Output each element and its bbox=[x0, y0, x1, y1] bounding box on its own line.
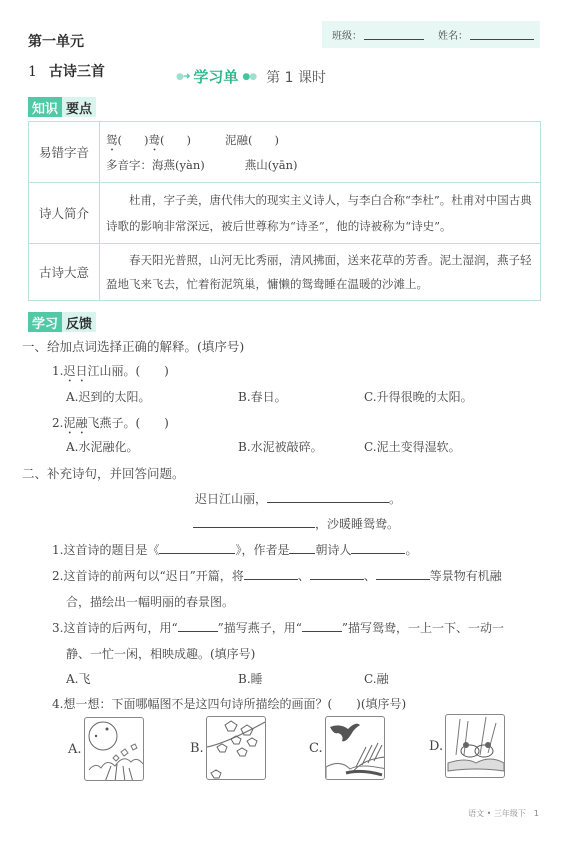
paren: ) bbox=[275, 133, 280, 147]
poem-blank-1[interactable] bbox=[267, 491, 389, 503]
sun-flowers-picture-icon bbox=[84, 717, 144, 781]
question-1-options: A.迟到的太阳。 B.春日。 C.升得很晚的太阳。 bbox=[66, 388, 473, 405]
scene-blank-2[interactable] bbox=[310, 568, 364, 580]
name-field[interactable] bbox=[470, 30, 534, 40]
lesson-number: 1 bbox=[28, 64, 37, 80]
sep: 、 bbox=[298, 569, 310, 583]
part2-title: 二、补充诗句，并回答问题。 bbox=[22, 464, 185, 482]
q-num: 1. bbox=[52, 364, 63, 378]
q2-3: 3.这首诗的后两句，用“”描写燕子，用“”描写鸳鸯，一上一下、一动一 bbox=[52, 619, 504, 636]
decorative-dots-right-icon: ●● bbox=[242, 72, 256, 82]
blossom-branch-picture-icon bbox=[206, 716, 266, 780]
text: 。 bbox=[405, 543, 417, 557]
swallow-picture-icon bbox=[325, 716, 385, 780]
punct: 。 bbox=[389, 492, 401, 506]
picture-option-d[interactable]: D. bbox=[429, 714, 505, 778]
option-c[interactable]: C.融 bbox=[364, 670, 389, 687]
table-row: 易错字音 鸳()鸯()泥融() 多音字：海燕(yàn)燕山(yān) bbox=[29, 122, 541, 183]
lesson-title: 1古诗三首 bbox=[28, 61, 105, 81]
knowledge-heading-b: 要点 bbox=[62, 97, 96, 117]
picture-option-c[interactable]: C. bbox=[309, 716, 385, 780]
row-label: 诗人简介 bbox=[29, 183, 100, 244]
option-a[interactable]: A.水泥融化。 bbox=[66, 438, 238, 455]
feedback-heading-a: 学习 bbox=[28, 312, 62, 332]
text: 等景物有机融 bbox=[430, 569, 502, 583]
part1-title: 一、给加点词选择正确的解释。(填序号) bbox=[22, 337, 244, 355]
pronunciation-cell: 鸳()鸯()泥融() 多音字：海燕(yàn)燕山(yān) bbox=[100, 122, 541, 183]
text: 1.这首诗的题目是《 bbox=[52, 543, 159, 557]
option-b[interactable]: B.水泥被敲碎。 bbox=[238, 438, 364, 455]
table-row: 古诗大意 春天阳光普照，山河无比秀丽，清风拂面，送来花草的芳香。泥土湿润，燕子轻… bbox=[29, 244, 541, 301]
text: ”描写燕子，用“ bbox=[218, 621, 302, 635]
table-row: 诗人简介 杜甫，字子美，唐代伟大的现实主义诗人，与李白合称“李杜”。杜甫对中国古… bbox=[29, 183, 541, 244]
q2-2: 2.这首诗的前两句以“迟日”开篇，将、、等景物有机融 bbox=[52, 567, 502, 584]
row-label: 易错字音 bbox=[29, 122, 100, 183]
option-b[interactable]: B.睡 bbox=[238, 670, 364, 687]
class-field[interactable] bbox=[364, 30, 424, 40]
picture-label: D. bbox=[429, 739, 443, 754]
paren: ) bbox=[187, 133, 192, 147]
knowledge-table: 易错字音 鸳()鸯()泥融() 多音字：海燕(yàn)燕山(yān) 诗人简介 … bbox=[28, 121, 541, 301]
picture-label: C. bbox=[309, 741, 323, 756]
text: 》，作者是 bbox=[235, 543, 289, 557]
sheet-name: 学习单 bbox=[193, 66, 238, 87]
period-label: 第 1 课时 bbox=[266, 67, 326, 87]
option-b[interactable]: B.春日。 bbox=[238, 388, 364, 405]
duck-blank[interactable] bbox=[302, 620, 342, 632]
poem-line-2: ，沙暖睡鸳鸯。 bbox=[193, 515, 399, 532]
q-num: 2. bbox=[52, 416, 63, 430]
text: ”描写鸳鸯，一上一下、一动一 bbox=[342, 621, 504, 635]
dynasty-blank[interactable] bbox=[289, 542, 315, 554]
q2-2-cont: 合，描绘出一幅明丽的春景图。 bbox=[66, 593, 234, 610]
row-label: 古诗大意 bbox=[29, 244, 100, 301]
picture-option-a[interactable]: A. bbox=[68, 717, 144, 781]
knowledge-heading-a: 知识 bbox=[28, 97, 62, 117]
feedback-heading: 学习反馈 bbox=[28, 312, 96, 332]
polyphone-label: 多音字： bbox=[106, 158, 152, 172]
q-rest: 江山丽。( ) bbox=[87, 364, 168, 378]
option-c[interactable]: C.升得很晚的太阳。 bbox=[364, 388, 473, 405]
text: 2.这首诗的前两句以“迟日”开篇，将 bbox=[52, 569, 244, 583]
q2-3-options: A.飞 B.睡 C.融 bbox=[66, 670, 389, 687]
page-footer: 语文 • 三年级下 1 bbox=[468, 808, 539, 819]
class-label: 班级： bbox=[332, 27, 362, 42]
word-yuan: 鸳( bbox=[106, 133, 122, 147]
picture-option-b[interactable]: B. bbox=[190, 716, 266, 780]
word-yang: 鸯( bbox=[149, 133, 165, 147]
picture-label: A. bbox=[68, 742, 82, 757]
scene-blank-3[interactable] bbox=[376, 568, 430, 580]
scene-blank-1[interactable] bbox=[244, 568, 298, 580]
q2-3-cont: 静、一忙一闲，相映成趣。(填序号) bbox=[66, 645, 255, 662]
text: 朝诗人 bbox=[315, 543, 351, 557]
name-label: 姓名： bbox=[438, 27, 468, 42]
question-2-options: A.水泥融化。 B.水泥被敲碎。 C.泥土变得湿软。 bbox=[66, 438, 461, 455]
text: 3.这首诗的后两句，用“ bbox=[52, 621, 178, 635]
feedback-heading-b: 反馈 bbox=[62, 312, 96, 332]
poet-intro-text: 杜甫，字子美，唐代伟大的现实主义诗人，与李白合称“李杜”。杜甫对中国古典诗歌的影… bbox=[100, 183, 541, 244]
q2-1: 1.这首诗的题目是《》，作者是朝诗人。 bbox=[52, 541, 418, 558]
q-rest: 飞燕子。( ) bbox=[87, 416, 168, 430]
dotted-word: 泥融 bbox=[63, 416, 87, 430]
q2-4: 4.想一想：下面哪幅图不是这四句诗所描绘的画面？( )(填序号) bbox=[52, 695, 406, 712]
poet-blank[interactable] bbox=[351, 542, 405, 554]
word-nirong: 泥融( bbox=[225, 133, 253, 147]
decorative-dots-left-icon: ●➜ bbox=[176, 72, 189, 82]
class-name-box: 班级： 姓名： bbox=[322, 21, 540, 48]
picture-label: B. bbox=[190, 741, 204, 756]
question-1-stem: 1.迟日江山丽。( ) bbox=[52, 362, 169, 385]
polyphone-a: 海燕(yàn) bbox=[152, 158, 205, 172]
option-c[interactable]: C.泥土变得湿软。 bbox=[364, 438, 461, 455]
unit-title: 第一单元 bbox=[28, 31, 84, 51]
mandarin-ducks-picture-icon bbox=[445, 714, 505, 778]
title-blank[interactable] bbox=[159, 542, 235, 554]
poem-line-1: 迟日江山丽，。 bbox=[195, 490, 401, 507]
poem-blank-2[interactable] bbox=[193, 516, 315, 528]
polyphone-b: 燕山(yān) bbox=[245, 158, 298, 172]
dotted-word: 迟日 bbox=[63, 364, 87, 378]
poem-meaning-text: 春天阳光普照，山河无比秀丽，清风拂面，送来花草的芳香。泥土湿润，燕子轻盈地飞来飞… bbox=[100, 244, 541, 301]
option-a[interactable]: A.飞 bbox=[66, 670, 238, 687]
sheet-tag: ●➜ 学习单 ●● 第 1 课时 bbox=[176, 66, 326, 87]
sep: 、 bbox=[364, 569, 376, 583]
question-2-stem: 2.泥融飞燕子。( ) bbox=[52, 414, 169, 437]
poem-text: 迟日江山丽， bbox=[195, 492, 267, 506]
poem-text: ，沙暖睡鸳鸯。 bbox=[315, 517, 399, 531]
swallow-blank[interactable] bbox=[178, 620, 218, 632]
lesson-name: 古诗三首 bbox=[49, 64, 105, 80]
option-a[interactable]: A.迟到的太阳。 bbox=[66, 388, 238, 405]
knowledge-heading: 知识要点 bbox=[28, 97, 96, 117]
